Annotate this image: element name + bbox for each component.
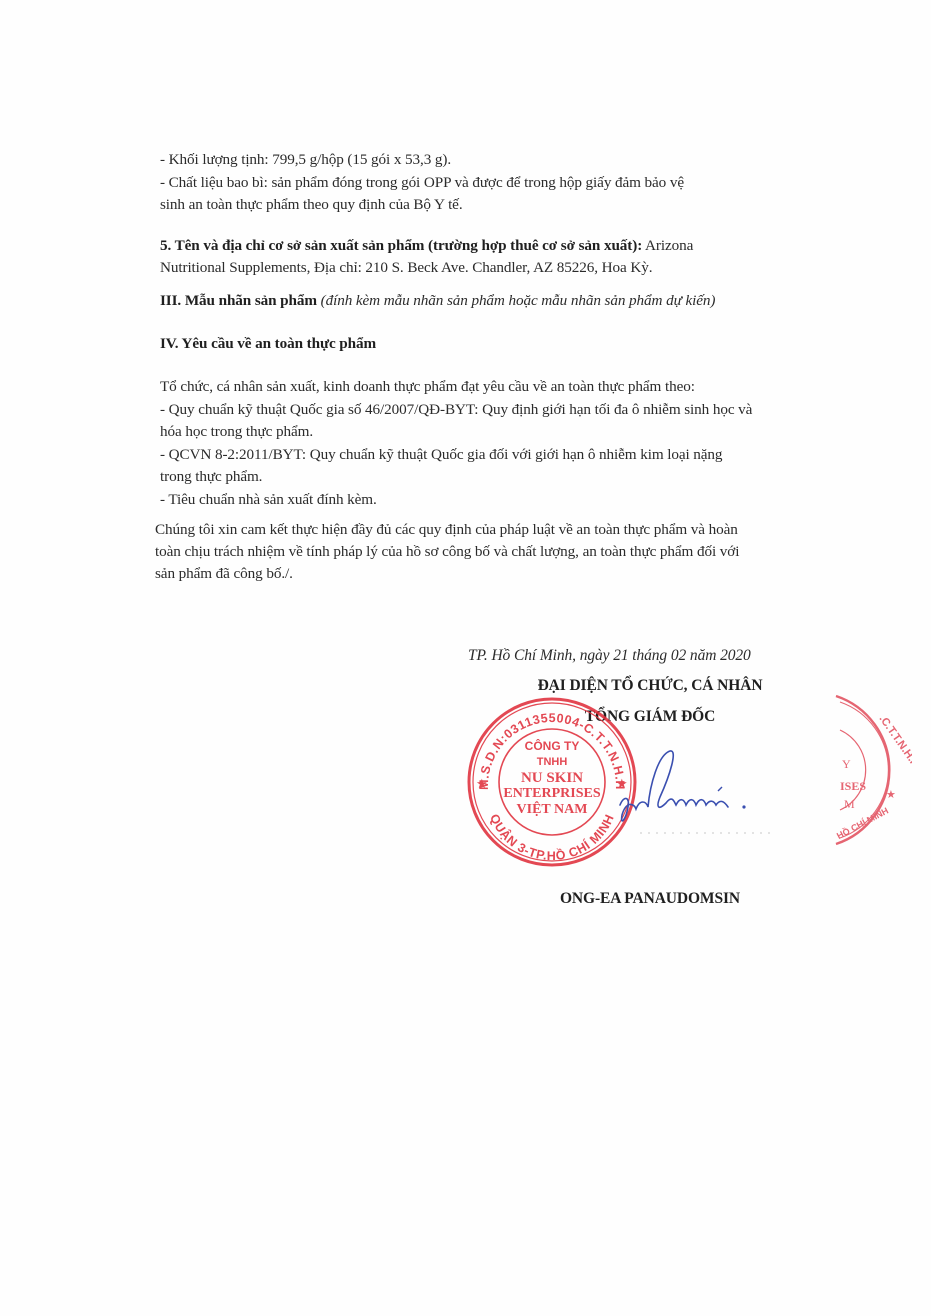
commitment-line-2: toàn chịu trách nhiệm về tính pháp lý củ…	[155, 541, 739, 563]
partial-stamp-fragment-2: ISES	[840, 779, 866, 793]
section-5-heading: 5. Tên và địa chỉ cơ sở sản xuất sản phẩ…	[160, 237, 642, 254]
packaging-line-2: sinh an toàn thực phẩm theo quy định của…	[160, 194, 463, 216]
commitment-line-3: sản phẩm đã công bố./.	[155, 563, 293, 585]
partial-stamp-rim-text: .C.T.T.N.H.H	[877, 713, 912, 770]
section-3-line: III. Mẫu nhãn sản phẩm (đính kèm mẫu nhã…	[160, 290, 715, 312]
partial-stamp-fragment-1: Y	[842, 757, 851, 771]
document-page: - Khối lượng tịnh: 799,5 g/hộp (15 gói x…	[0, 0, 931, 1316]
requirement-1-line-2: hóa học trong thực phẩm.	[160, 421, 313, 443]
section-3-note: (đính kèm mẫu nhãn sản phẩm hoặc mẫu nhã…	[321, 292, 716, 309]
handwritten-signature	[610, 745, 780, 835]
requirement-2-line-1: - QCVN 8-2:2011/BYT: Quy chuẩn kỹ thuật …	[160, 444, 722, 466]
commitment-line-1: Chúng tôi xin cam kết thực hiện đầy đủ c…	[155, 519, 738, 541]
section-5-line-2: Nutritional Supplements, Địa chỉ: 210 S.…	[160, 257, 652, 279]
section-4-intro: Tổ chức, cá nhân sản xuất, kinh doanh th…	[160, 376, 695, 398]
section-4-heading: IV. Yêu cầu về an toàn thực phẩm	[160, 333, 376, 355]
section-5-line-1: 5. Tên và địa chỉ cơ sở sản xuất sản phẩ…	[160, 235, 693, 257]
packaging-line-1: - Chất liệu bao bì: sản phẩm đóng trong …	[160, 172, 684, 194]
partial-stamp-star-icon: ★	[886, 788, 896, 801]
section-5-heading-tail: Arizona	[642, 237, 693, 254]
stamp-rim-bottom-text: QUẬN 3-TP.HỒ CHÍ MINH	[487, 812, 617, 863]
svg-text:QUẬN 3-TP.HỒ CHÍ MINH: QUẬN 3-TP.HỒ CHÍ MINH	[487, 812, 617, 863]
signer-name: ONG-EA PANAUDOMSIN	[490, 888, 810, 910]
requirement-3-line-1: - Tiêu chuẩn nhà sản xuất đính kèm.	[160, 489, 377, 511]
place-date: TP. Hồ Chí Minh, ngày 21 tháng 02 năm 20…	[468, 645, 751, 667]
partial-stamp-rim-bottom: HỒ CHÍ MINH	[835, 805, 890, 841]
partial-stamp: .C.T.T.N.H.H ★ Y ISES M HỒ CHÍ MINH	[822, 690, 912, 850]
partial-stamp-fragment-3: M	[844, 797, 855, 811]
requirement-1-line-1: - Quy chuẩn kỹ thuật Quốc gia số 46/2007…	[160, 399, 752, 421]
section-3-heading: III. Mẫu nhãn sản phẩm	[160, 292, 321, 309]
net-weight-line: - Khối lượng tịnh: 799,5 g/hộp (15 gói x…	[160, 149, 451, 171]
requirement-2-line-2: trong thực phẩm.	[160, 466, 262, 488]
